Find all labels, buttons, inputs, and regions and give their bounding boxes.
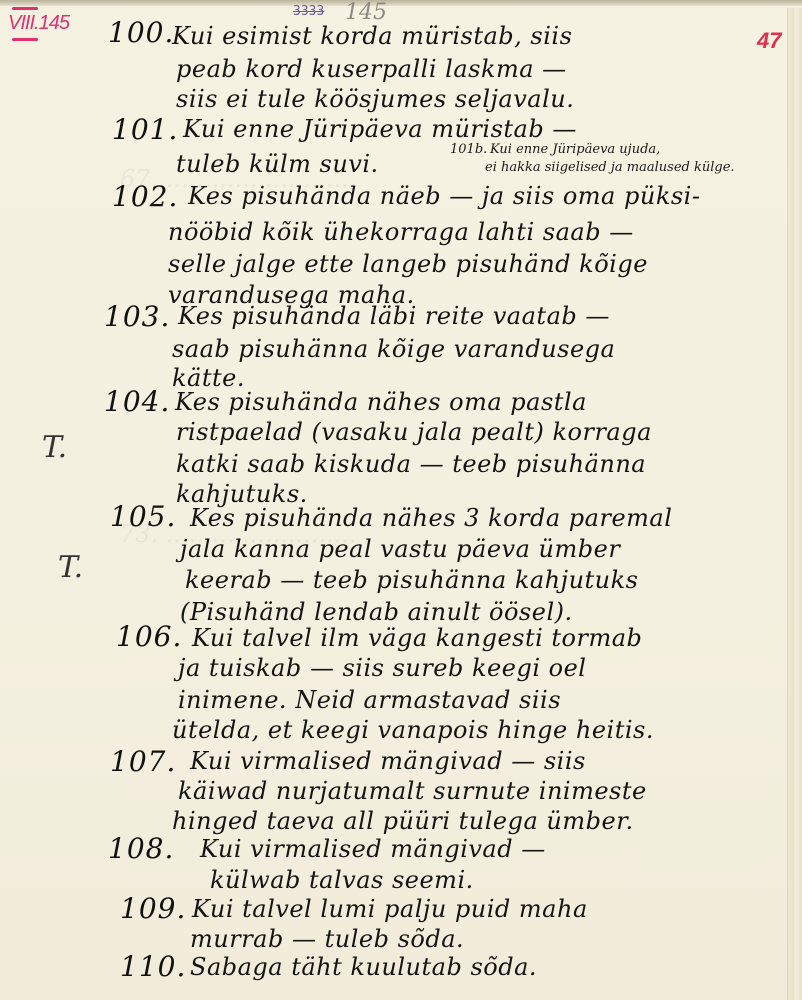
entry-line: hinged taeva all püüri tulega ümber. xyxy=(172,807,634,835)
note-line: ei hakka siigelised ja maalused külge. xyxy=(485,160,735,175)
entry-line: Kui esimist korda müristab, siis xyxy=(172,22,572,50)
note-line: Kui enne Jüripäeva ujuda, xyxy=(490,142,660,157)
page-top-edge xyxy=(0,0,802,6)
entry-line: ütelda, et keegi vanapois hinge heitis. xyxy=(172,716,654,744)
entry-line: külwab talvas seemi. xyxy=(210,866,474,894)
entry-line: katki saab kiskuda — teeb pisuhänna xyxy=(176,450,646,478)
entry-number: 109. xyxy=(120,892,186,925)
entry-line: nööbid kõik ühekorraga lahti saab — xyxy=(168,218,634,246)
entry-number: 107. xyxy=(110,745,176,778)
entry-line: käiwad nurjatumalt surnute inimeste xyxy=(178,777,647,805)
archive-reference: VIII.145 xyxy=(8,12,69,35)
entry-line: Kes pisuhända nähes oma pastla xyxy=(175,388,587,416)
margin-mark: T. xyxy=(58,550,83,585)
entry-line: selle jalge ette langeb pisuhänd kõige xyxy=(168,250,648,278)
entry-line: peab kord kuserpalli laskma — xyxy=(176,55,567,83)
entry-number: 110. xyxy=(120,950,186,983)
entry-number: 108. xyxy=(108,832,174,865)
entry-line: Kui virmalised mängivad — siis xyxy=(190,747,586,775)
entry-line: Sabaga täht kuulutab sõda. xyxy=(190,953,537,981)
entry-line: (Pisuhänd lendab ainult öösel). xyxy=(180,598,573,626)
entry-line: Kes pisuhända näeb — ja siis oma püksi- xyxy=(188,182,700,210)
manuscript-page: 67. ......................... 73. ......… xyxy=(0,0,802,1000)
entry-line: tuleb külm suvi. xyxy=(176,150,379,178)
entry-number: 105. xyxy=(110,500,176,533)
entry-line: ja tuiskab — siis sureb keegi oel xyxy=(178,654,586,682)
page-number: 47 xyxy=(757,28,781,54)
entry-line: siis ei tule köösjumes seljavalu. xyxy=(176,85,574,113)
entry-line: saab pisuhänna kõige varandusega xyxy=(172,335,615,363)
entry-line: ristpaelad (vasaku jala pealt) korraga xyxy=(176,418,652,446)
entry-line: Kui virmalised mängivad — xyxy=(200,835,546,863)
margin-mark: T. xyxy=(42,430,67,465)
entry-number: 103. xyxy=(104,300,170,333)
note-label: 101b. xyxy=(450,142,487,157)
entry-line: Kui talvel ilm väga kangesti tormab xyxy=(192,624,642,652)
entry-line: murrab — tuleb sõda. xyxy=(190,925,464,953)
entry-line: inimene. Neid armastavad siis xyxy=(178,686,561,714)
page-right-edge xyxy=(787,8,802,1000)
entry-number: 102. xyxy=(112,180,178,213)
entry-line: jala kanna peal vastu päeva ümber xyxy=(180,535,620,563)
entry-number: 104. xyxy=(104,385,170,418)
entry-line: keerab — teeb pisuhänna kahjutuks xyxy=(185,566,639,594)
entry-line: Kes pisuhända nähes 3 korda paremal xyxy=(190,504,672,532)
entry-line: Kui talvel lumi palju puid maha xyxy=(192,895,588,923)
entry-line: Kes pisuhända läbi reite vaatab — xyxy=(178,302,610,330)
entry-line: Kui enne Jüripäeva müristab — xyxy=(183,115,577,143)
entry-number: 100. xyxy=(108,16,174,49)
entry-number: 106. xyxy=(116,620,182,653)
crossed-out-number: 3333 xyxy=(293,4,324,19)
entry-number: 101. xyxy=(112,113,178,146)
